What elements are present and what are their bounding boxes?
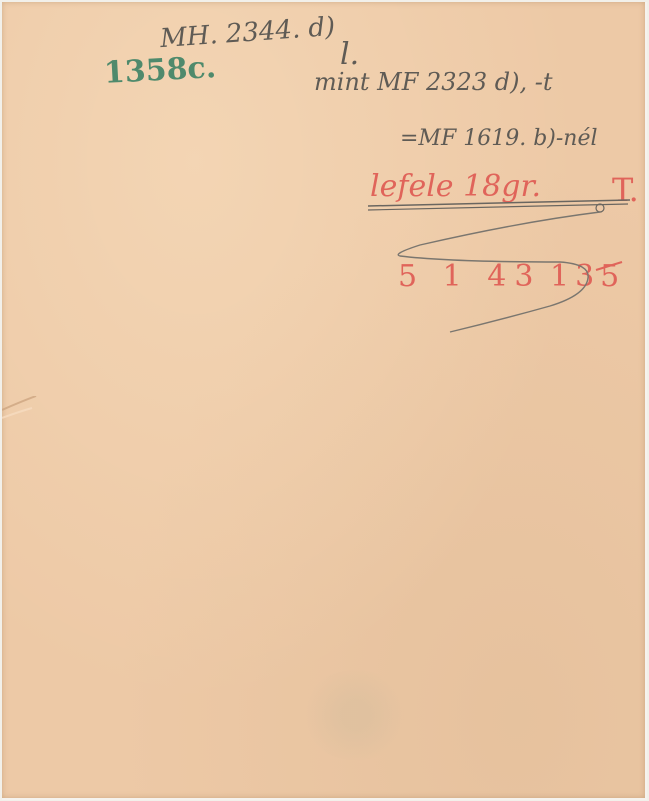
line-mint-mf-2323: mint MF 2323 d), -t: [314, 70, 552, 94]
faded-stamp: [300, 670, 410, 760]
paper-crease: [2, 396, 42, 426]
red-arrow-target: T.: [612, 174, 639, 206]
mark-l: l.: [340, 40, 359, 70]
catalog-number: 1358c.: [103, 53, 217, 89]
red-numbers-left: 5 1 43: [398, 262, 541, 292]
red-numbers-right: 135: [550, 262, 625, 292]
red-struck-text: lefele 18gr.: [370, 172, 541, 202]
line-equals-mf-1619: =MF 1619. b)-nél: [400, 128, 598, 150]
